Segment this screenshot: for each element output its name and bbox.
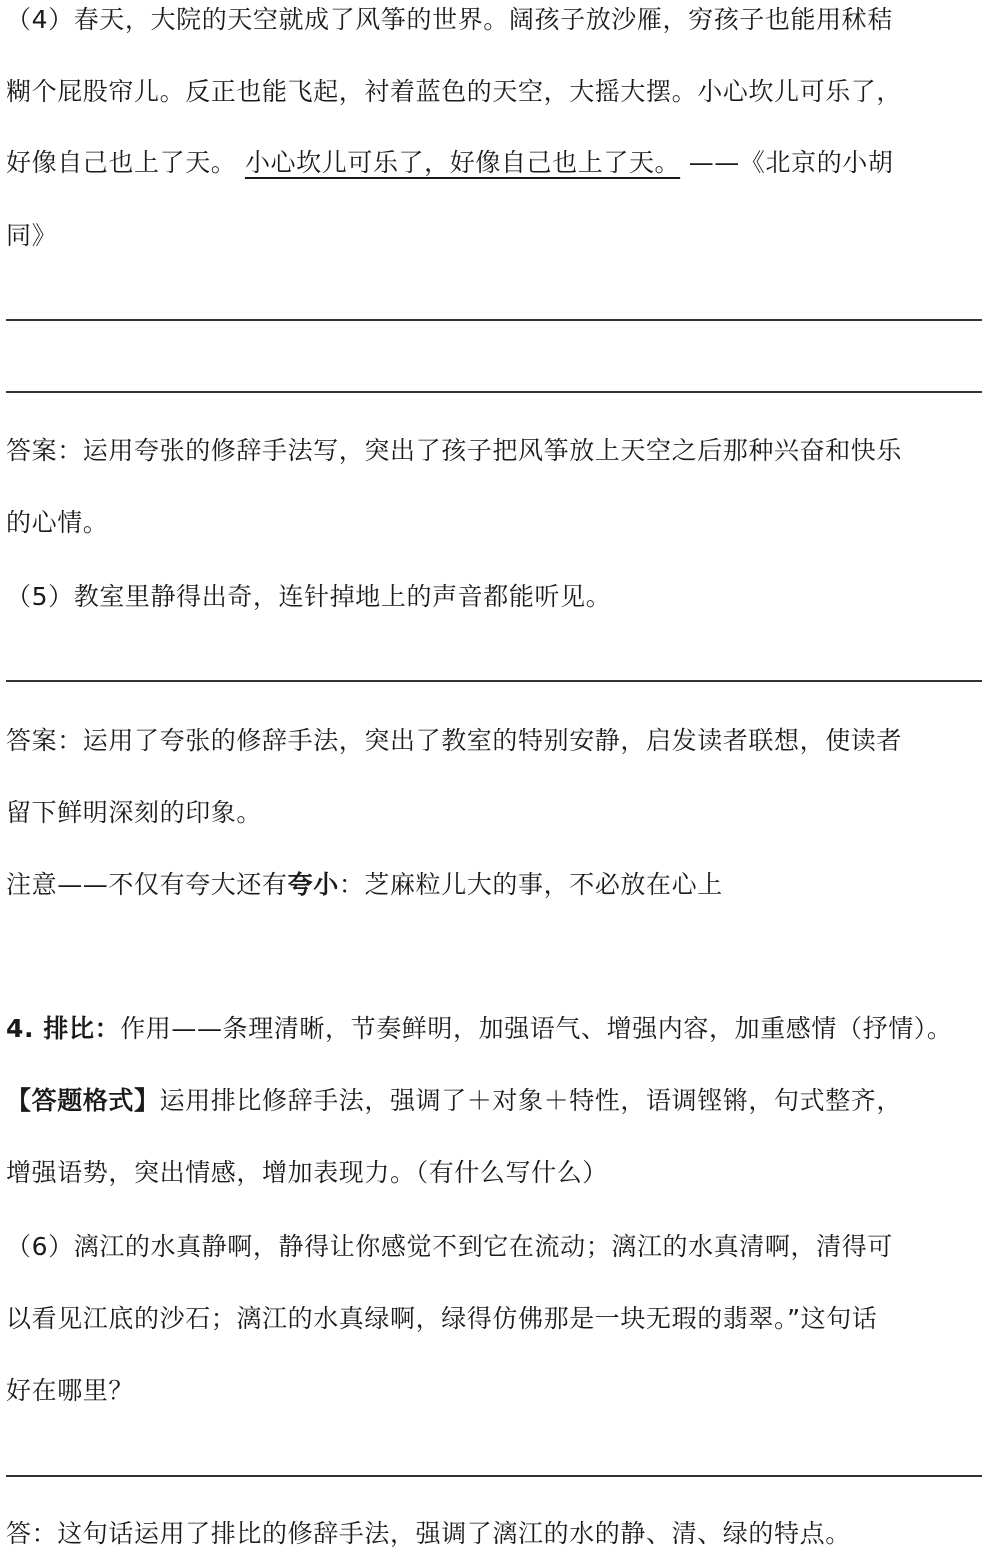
q4-source: ——《北京的小胡: [689, 148, 894, 177]
note-bold: 夸小: [288, 870, 339, 899]
q4-answer-line-1: 答案：运用夸张的修辞手法写，突出了孩子把风筝放上天空之后那种兴奋和快乐: [6, 433, 982, 469]
q5-note: 注意——不仅有夸大还有夸小：芝麻粒儿大的事，不必放在心上: [6, 867, 982, 903]
q6-answer: 答：这句话运用了排比的修辞手法，强调了漓江的水的静、清、绿的特点。: [6, 1516, 982, 1552]
q6-line-3: 好在哪里？: [6, 1373, 982, 1409]
q4-line-1: （4）春天，大院的天空就成了风筝的世界。阔孩子放沙雁，穷孩子也能用秫秸: [6, 2, 982, 38]
section4-title: 4. 排比：作用——条理清晰，节奏鲜明，加强语气、增强内容，加重感情（抒情）。: [6, 1011, 982, 1047]
q6-line-2: 以看见江底的沙石；漓江的水真绿啊，绿得仿佛那是一块无瑕的翡翠。”这句话: [6, 1301, 982, 1337]
note-suffix: ：芝麻粒儿大的事，不必放在心上: [339, 870, 723, 899]
section4-heading: 4. 排比：: [6, 1014, 120, 1043]
q5-answer-line-2: 留下鲜明深刻的印象。: [6, 795, 982, 831]
section4-effect: 作用——条理清晰，节奏鲜明，加强语气、增强内容，加重感情（抒情）。: [120, 1014, 952, 1043]
q4-answer-line-2: 的心情。: [6, 505, 982, 541]
note-prefix: 注意——不仅有夸大还有: [6, 870, 288, 899]
answer-blank-line-2: [6, 391, 982, 393]
q5-answer-line-1: 答案：运用了夸张的修辞手法，突出了教室的特别安静，启发读者联想，使读者: [6, 723, 982, 759]
answer-format-text: 运用排比修辞手法，强调了＋对象＋特性，语调铿锵，句式整齐，: [160, 1086, 902, 1115]
q5-question: （5）教室里静得出奇，连针掉地上的声音都能听见。: [6, 579, 982, 615]
q4-line-4: 同》: [6, 218, 982, 254]
answer-format-line-2: 增强语势，突出情感，增加表现力。（有什么写什么）: [6, 1155, 982, 1191]
q6-line-1: （6）漓江的水真静啊，静得让你感觉不到它在流动；漓江的水真清啊，清得可: [6, 1229, 982, 1265]
answer-blank-line-1: [6, 319, 982, 321]
answer-format-label: 【答题格式】: [6, 1086, 160, 1115]
q4-underlined-sentence: 小心坎儿可乐了，好像自己也上了天。: [245, 148, 680, 177]
q4-line-3: 好像自己也上了天。 小心坎儿可乐了，好像自己也上了天。 ——《北京的小胡: [6, 145, 982, 181]
answer-format-line-1: 【答题格式】运用排比修辞手法，强调了＋对象＋特性，语调铿锵，句式整齐，: [6, 1083, 982, 1119]
q4-line-2: 糊个屁股帘儿。反正也能飞起，衬着蓝色的天空，大摇大摆。小心坎儿可乐了，: [6, 74, 982, 110]
answer-blank-line-3: [6, 680, 982, 682]
answer-blank-line-4: [6, 1475, 982, 1477]
q4-line-3-prefix: 好像自己也上了天。: [6, 148, 236, 177]
